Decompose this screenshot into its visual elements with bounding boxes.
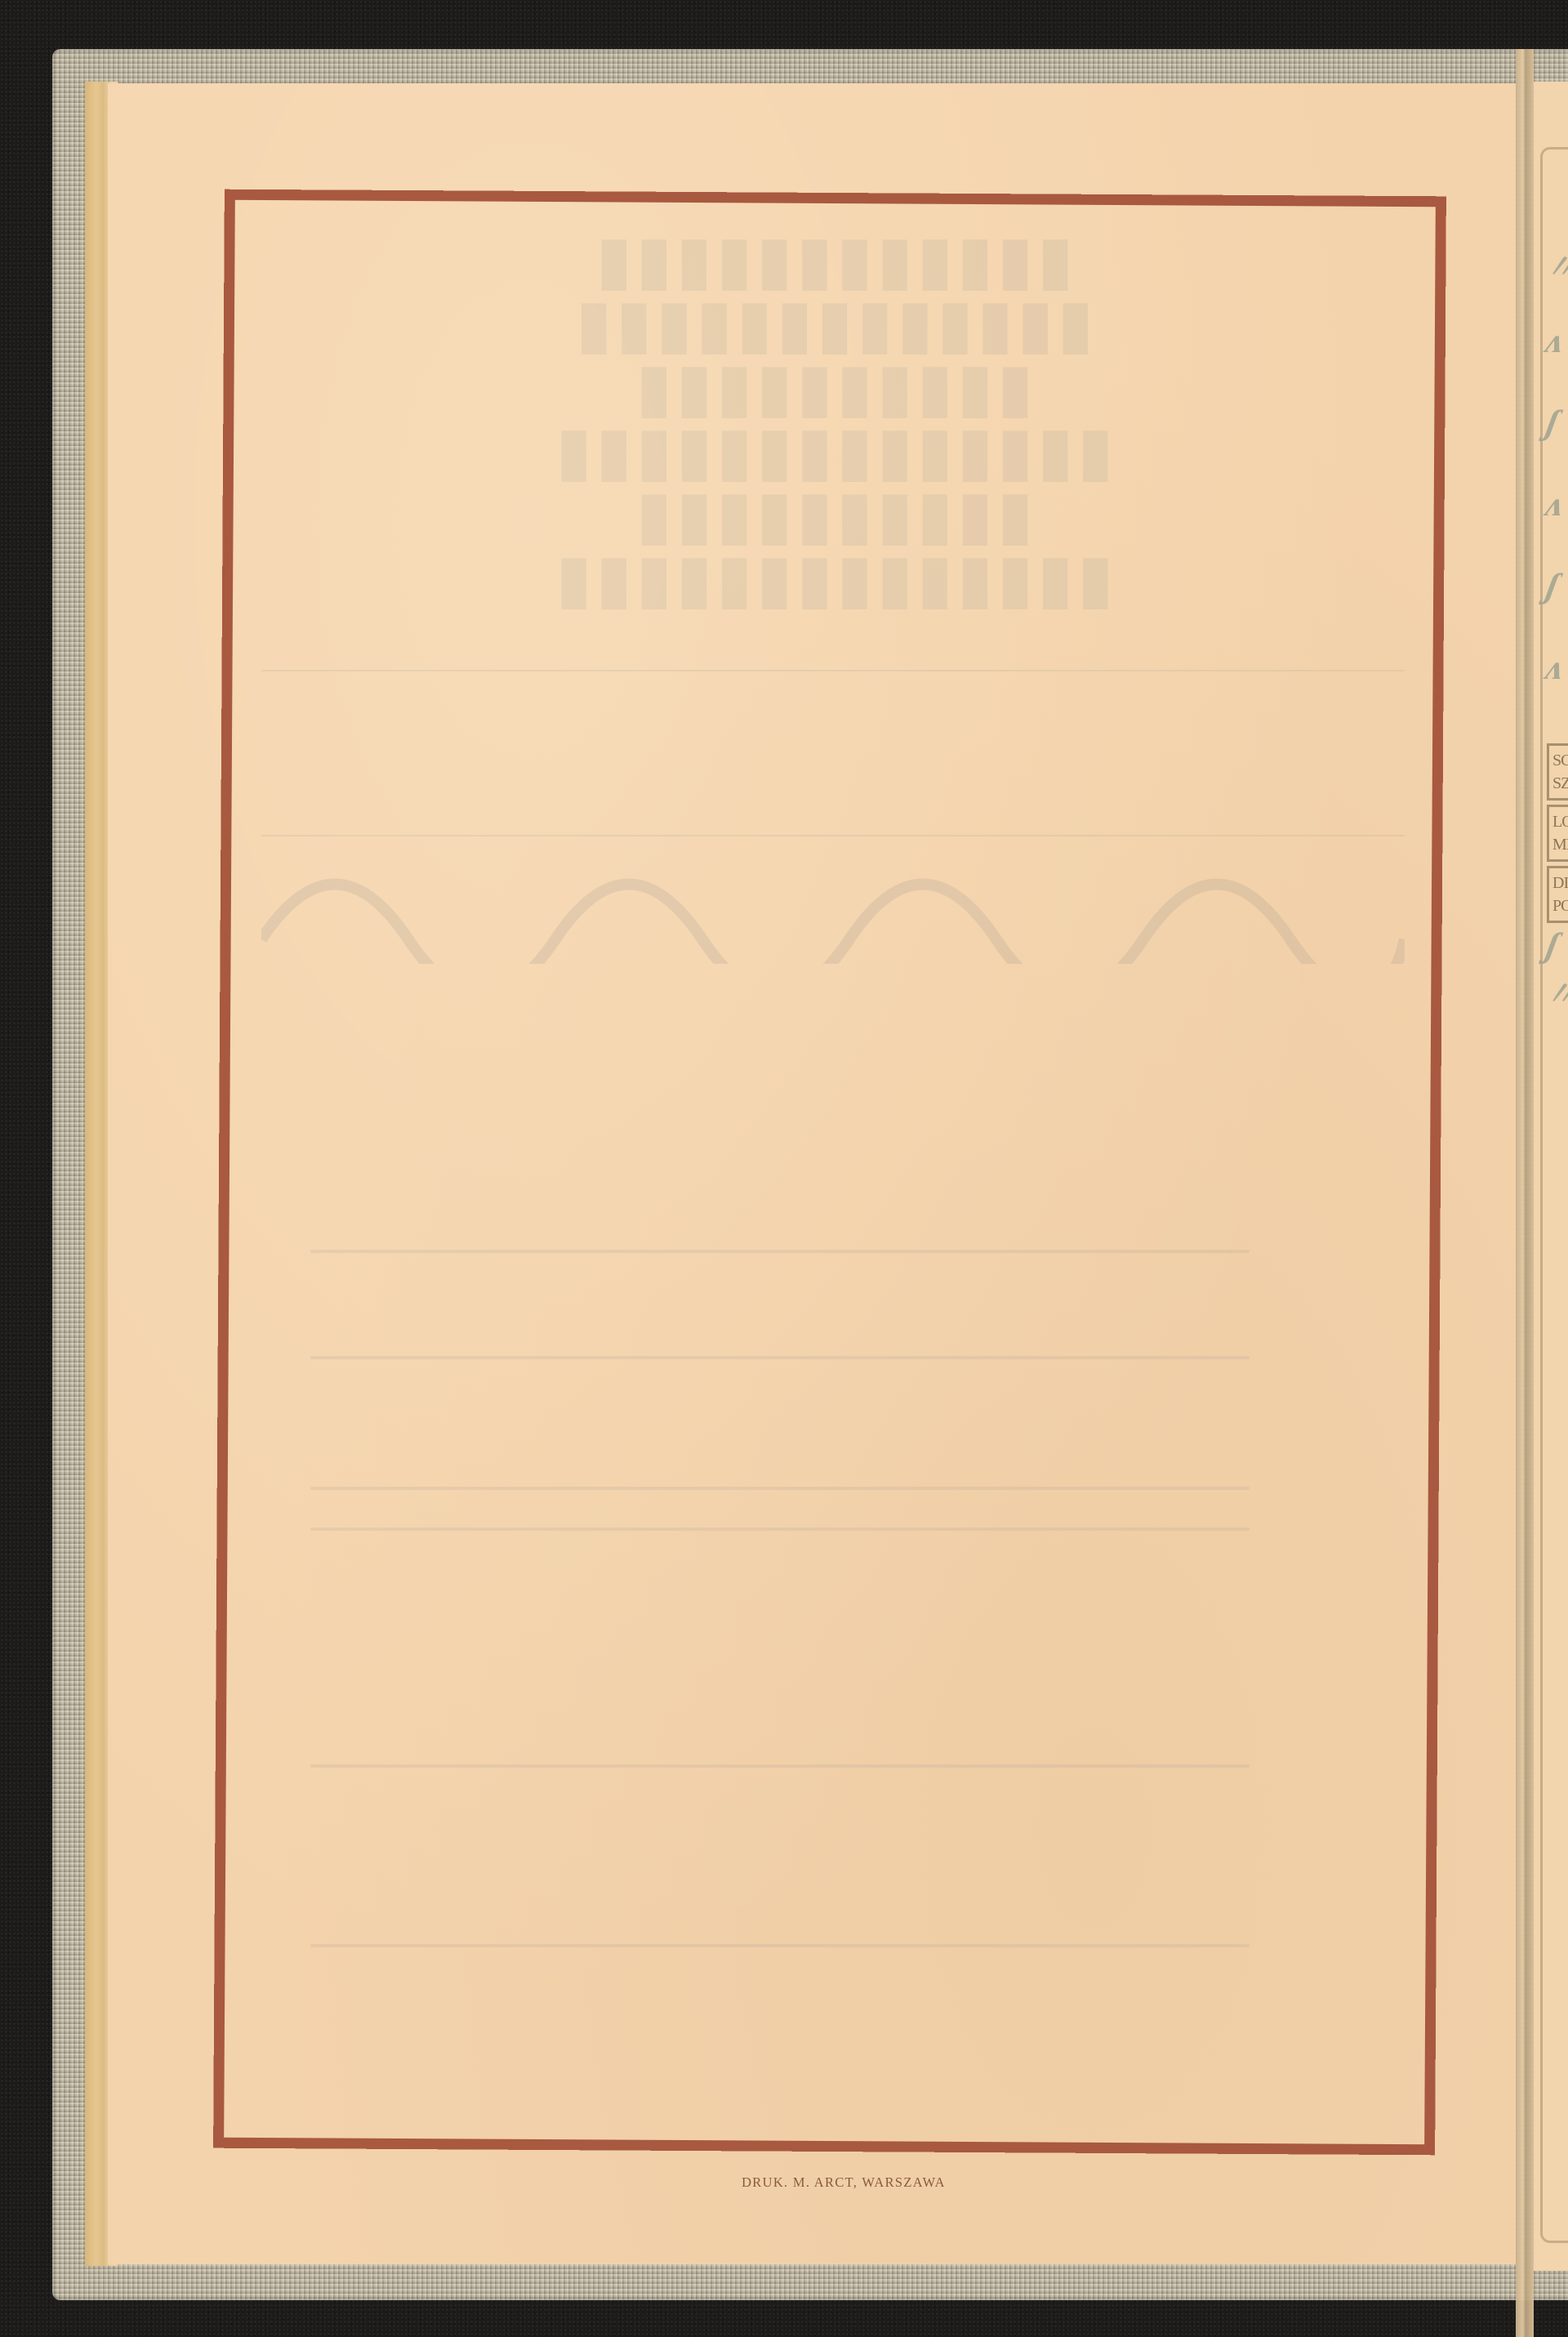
printer-imprint-text: DRUK. M. ARCT, WARSZAWA <box>742 2174 946 2190</box>
decorative-red-frame <box>213 190 1446 2156</box>
box-text: PO <box>1552 897 1568 915</box>
box-text: LOC <box>1552 813 1568 831</box>
next-page-box-1: SCHSZK <box>1547 743 1568 801</box>
next-page-frame <box>1540 147 1568 2243</box>
next-page-box-3: DISPO <box>1547 866 1568 923</box>
next-page-edge: 〃 ʌ ʃ ʌ ʃ ʌ SCHSZK LOCMIE DISPO ʃ 〃 <box>1534 82 1568 2271</box>
book-gutter <box>1516 49 1534 2337</box>
box-text: DIS <box>1552 874 1568 892</box>
box-text: MIE <box>1552 836 1568 854</box>
printer-imprint: DRUK. M. ARCT, WARSZAWA <box>0 2174 1568 2191</box>
box-text: SZK <box>1552 774 1568 792</box>
next-page-box-2: LOCMIE <box>1547 805 1568 862</box>
box-text: SCH <box>1552 751 1568 769</box>
